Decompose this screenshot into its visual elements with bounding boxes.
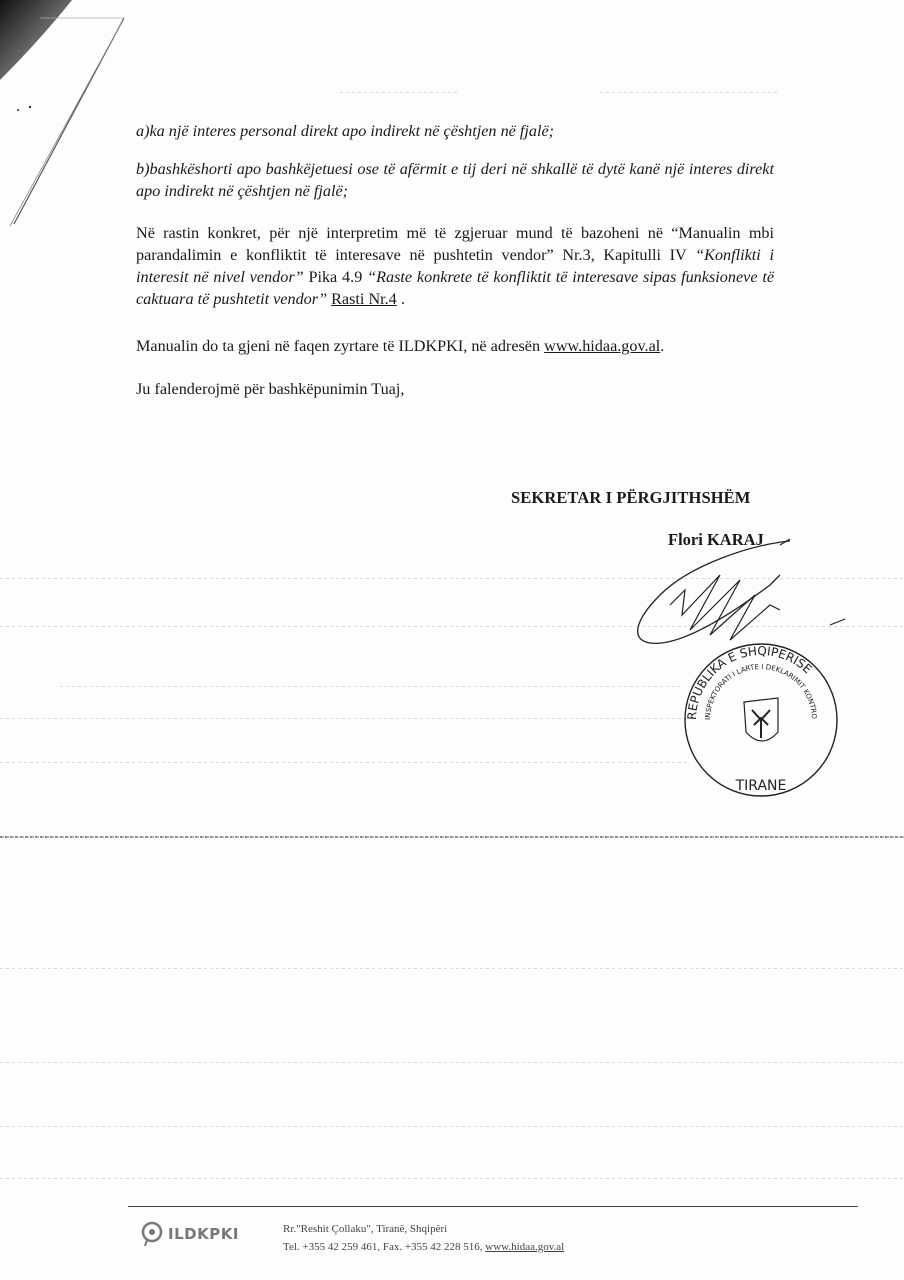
scan-artifact [600,92,780,93]
scan-artifact [0,1062,904,1063]
official-stamp: REPUBLIKA E SHQIPERISE INSPEKTORATI I LA… [678,640,844,800]
reference-paragraph: Në rastin konkret, për një interpretim m… [136,222,774,310]
item-b: b)bashkëshorti apo bashkëjetuesi ose të … [136,158,774,202]
scan-artifact [340,92,460,93]
footer-divider [128,1206,858,1207]
manual-location-paragraph: Manualin do ta gjeni në faqen zyrtare të… [136,335,774,357]
folded-corner-artifact [0,0,130,240]
website-link[interactable]: www.hidaa.gov.al [544,337,660,355]
case-reference: Rasti Nr.4 [331,290,397,308]
stamp-city: TIRANE [735,778,787,794]
footer-logo-text: ILDKPKI [168,1225,239,1243]
closing-text: Ju falenderojmë për bashkëpunimin Tuaj, [136,378,774,400]
reference-point: Pika 4.9 [304,268,368,286]
scan-artifact [0,1126,904,1127]
footer-phone-fax: Tel. +355 42 259 461, Fax. +355 42 228 5… [283,1241,485,1253]
scan-artifact [0,762,690,763]
footer-address: Rr."Reshit Çollaku", Tiranë, Shqipëri [283,1223,447,1235]
scan-artifact [60,686,680,687]
item-a: a)ka një interes personal direkt apo ind… [136,120,774,142]
manual-location-text: Manualin do ta gjeni në faqen zyrtare të… [136,337,544,355]
document-page: a)ka një interes personal direkt apo ind… [0,0,904,1280]
reference-text: Në rastin konkret, për një interpretim m… [136,224,774,264]
scan-artifact [0,1178,904,1179]
footer-website-link[interactable]: www.hidaa.gov.al [485,1241,564,1253]
period: . [397,290,405,308]
scan-artifact [0,836,904,838]
scan-artifact [0,968,904,969]
signatory-title: SEKRETAR I PËRGJITHSHËM [511,488,750,508]
ildkpki-logo-icon [140,1221,164,1247]
footer-logo: ILDKPKI [140,1221,239,1247]
footer-contact: Tel. +355 42 259 461, Fax. +355 42 228 5… [283,1241,564,1253]
period: . [660,337,664,355]
scan-artifact [0,718,690,719]
